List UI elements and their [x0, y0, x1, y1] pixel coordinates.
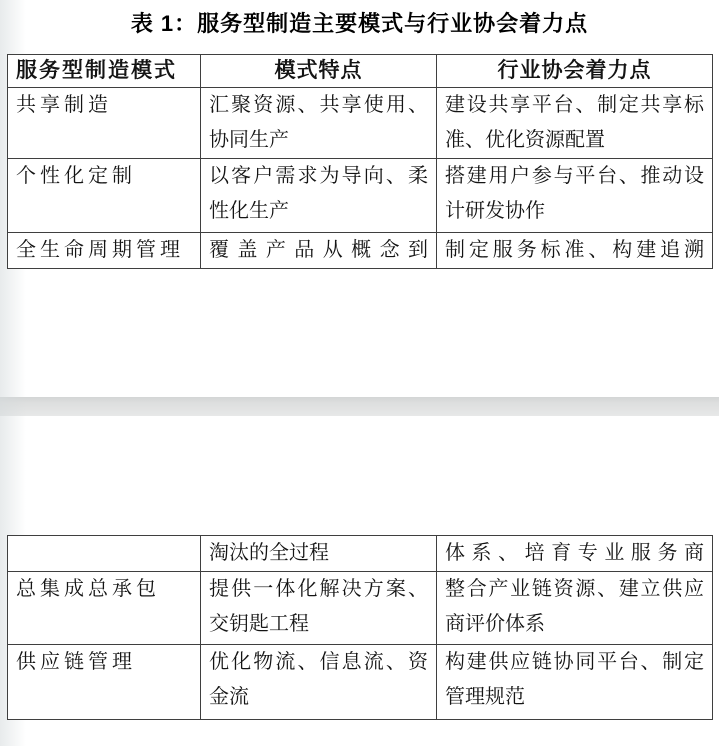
page-break-separator	[0, 397, 719, 416]
cell-focus: 建设共享平台、制定共享标准、优化资源配置	[437, 88, 713, 159]
cell-features: 覆盖产品从概念到	[201, 233, 437, 269]
table-row: 全生命周期管理 覆盖产品从概念到 制定服务标准、构建追溯	[8, 233, 713, 269]
cell-mode: 共享制造	[8, 88, 201, 159]
table-row: 个性化定制 以客户需求为导向、柔性化生产 搭建用户参与平台、推动设计研发协作	[8, 159, 713, 233]
table-row: 供应链管理 优化物流、信息流、资金流 构建供应链协同平台、制定管理规范	[8, 645, 713, 720]
table-title: 表 1：服务型制造主要模式与行业协会着力点	[0, 7, 719, 38]
cell-features: 淘汰的全过程	[201, 536, 437, 572]
cell-features: 汇聚资源、共享使用、协同生产	[201, 88, 437, 159]
table-segment-top: 服务型制造模式 模式特点 行业协会着力点 共享制造 汇聚资源、共享使用、协同生产…	[7, 54, 713, 269]
cell-mode: 供应链管理	[8, 645, 201, 720]
cell-mode: 总集成总承包	[8, 572, 201, 645]
cell-focus: 体系、培育专业服务商	[437, 536, 713, 572]
cell-features: 提供一体化解决方案、交钥匙工程	[201, 572, 437, 645]
table-header-row: 服务型制造模式 模式特点 行业协会着力点	[8, 55, 713, 88]
cell-focus: 构建供应链协同平台、制定管理规范	[437, 645, 713, 720]
cell-focus: 整合产业链资源、建立供应商评价体系	[437, 572, 713, 645]
cell-mode-empty	[8, 536, 201, 572]
table-row: 淘汰的全过程 体系、培育专业服务商	[8, 536, 713, 572]
cell-features: 优化物流、信息流、资金流	[201, 645, 437, 720]
cell-focus: 制定服务标准、构建追溯	[437, 233, 713, 269]
cell-features: 以客户需求为导向、柔性化生产	[201, 159, 437, 233]
cell-mode: 全生命周期管理	[8, 233, 201, 269]
table-row: 共享制造 汇聚资源、共享使用、协同生产 建设共享平台、制定共享标准、优化资源配置	[8, 88, 713, 159]
header-cell-focus: 行业协会着力点	[437, 55, 713, 88]
header-cell-mode: 服务型制造模式	[8, 55, 201, 88]
cell-mode: 个性化定制	[8, 159, 201, 233]
table-row: 总集成总承包 提供一体化解决方案、交钥匙工程 整合产业链资源、建立供应商评价体系	[8, 572, 713, 645]
table-segment-bottom: 淘汰的全过程 体系、培育专业服务商 总集成总承包 提供一体化解决方案、交钥匙工程…	[7, 535, 713, 720]
header-cell-features: 模式特点	[201, 55, 437, 88]
cell-focus: 搭建用户参与平台、推动设计研发协作	[437, 159, 713, 233]
